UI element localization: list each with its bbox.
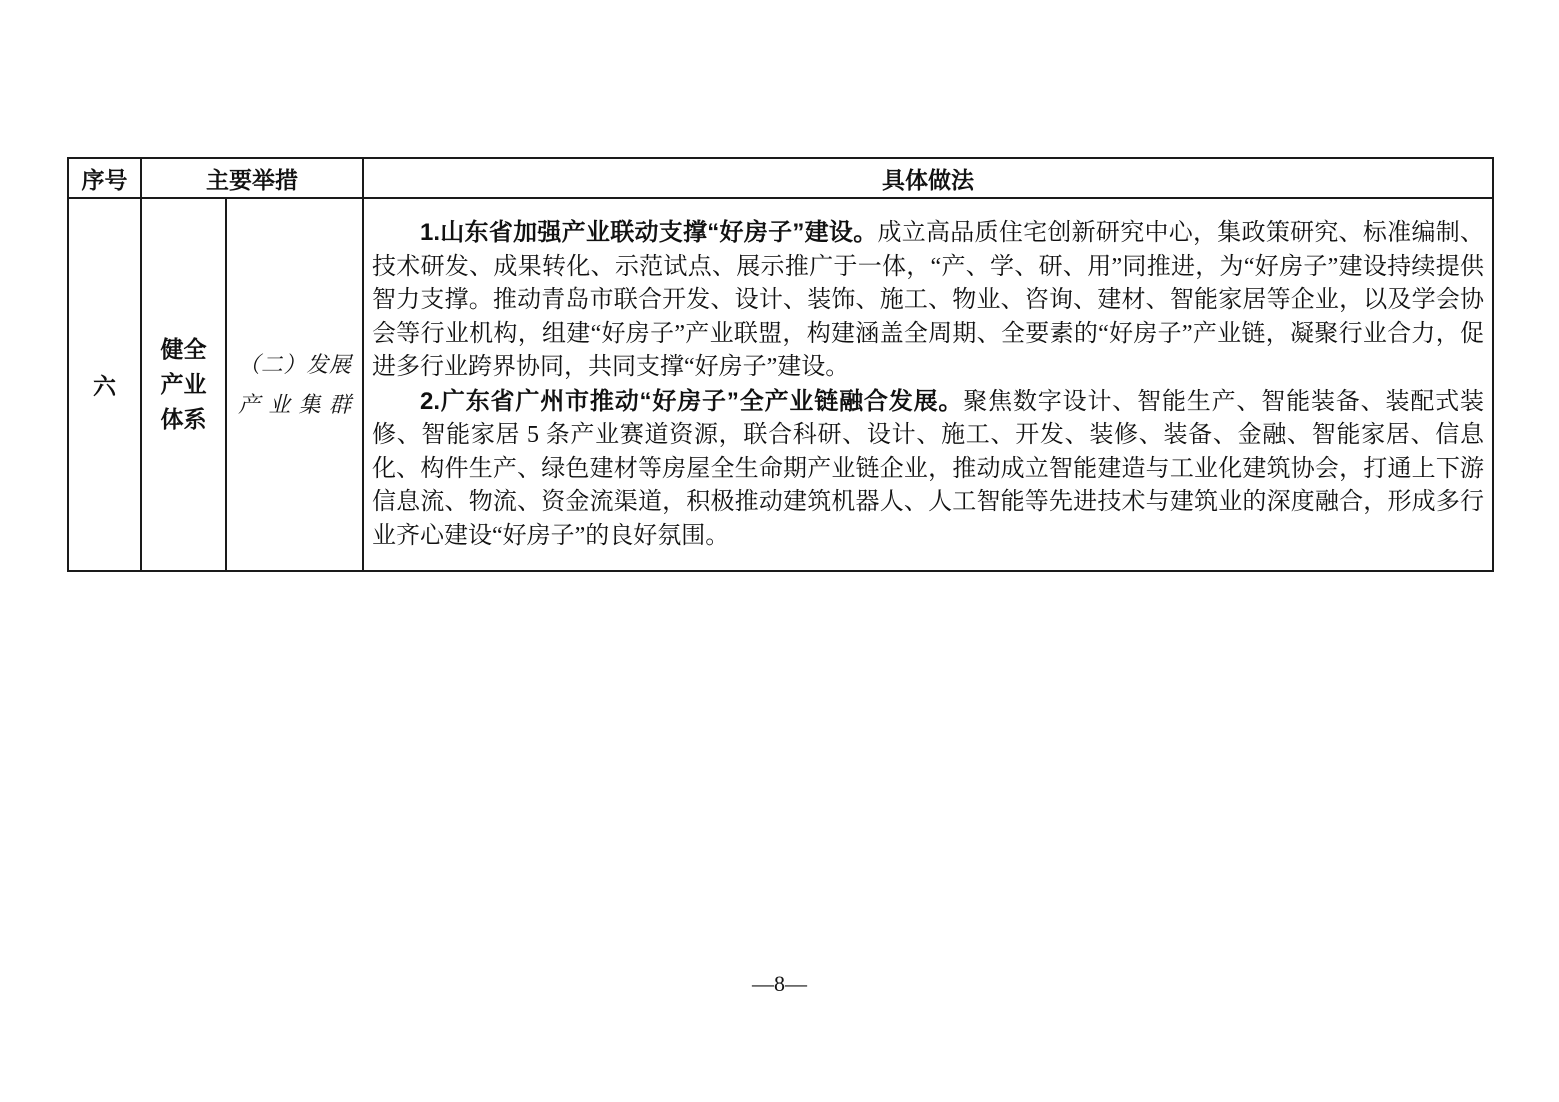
table-header-row: 序号 主要举措 具体做法 [68, 158, 1493, 198]
header-cell-index: 序号 [68, 158, 141, 198]
table-row: 六 健全 产业 体系 （二）发展 产业集群 1.山东省加强产业联动支撑“好房子”… [68, 198, 1493, 571]
row-detail-cell: 1.山东省加强产业联动支撑“好房子”建设。成立高品质住宅创新研究中心，集政策研究… [363, 198, 1493, 571]
row-submeasure-cell: （二）发展 产业集群 [226, 198, 363, 571]
detail-paragraph-1: 1.山东省加强产业联动支撑“好房子”建设。成立高品质住宅创新研究中心，集政策研究… [372, 216, 1484, 385]
row-measure-cell: 健全 产业 体系 [141, 198, 226, 571]
measure-line: 健全 [142, 332, 225, 367]
submeasure-line: 产业集群 [238, 385, 351, 425]
measures-table: 序号 主要举措 具体做法 六 健全 产业 体系 （二）发展 产业集群 1.山东省… [67, 157, 1494, 572]
submeasure-line: （二）发展 [238, 345, 351, 385]
row-index-cell: 六 [68, 198, 141, 571]
measure-line: 体系 [142, 402, 225, 437]
header-cell-detail: 具体做法 [363, 158, 1493, 198]
paragraph-lead: 2.广东省广州市推动“好房子”全产业链融合发展。 [420, 388, 963, 415]
header-cell-measure: 主要举措 [141, 158, 363, 198]
paragraph-lead: 1.山东省加强产业联动支撑“好房子”建设。 [420, 219, 877, 246]
measure-line: 产业 [142, 367, 225, 402]
page-number: —8— [0, 971, 1559, 997]
detail-paragraph-2: 2.广东省广州市推动“好房子”全产业链融合发展。聚焦数字设计、智能生产、智能装备… [372, 385, 1484, 554]
document-page: 序号 主要举措 具体做法 六 健全 产业 体系 （二）发展 产业集群 1.山东省… [0, 0, 1559, 1102]
